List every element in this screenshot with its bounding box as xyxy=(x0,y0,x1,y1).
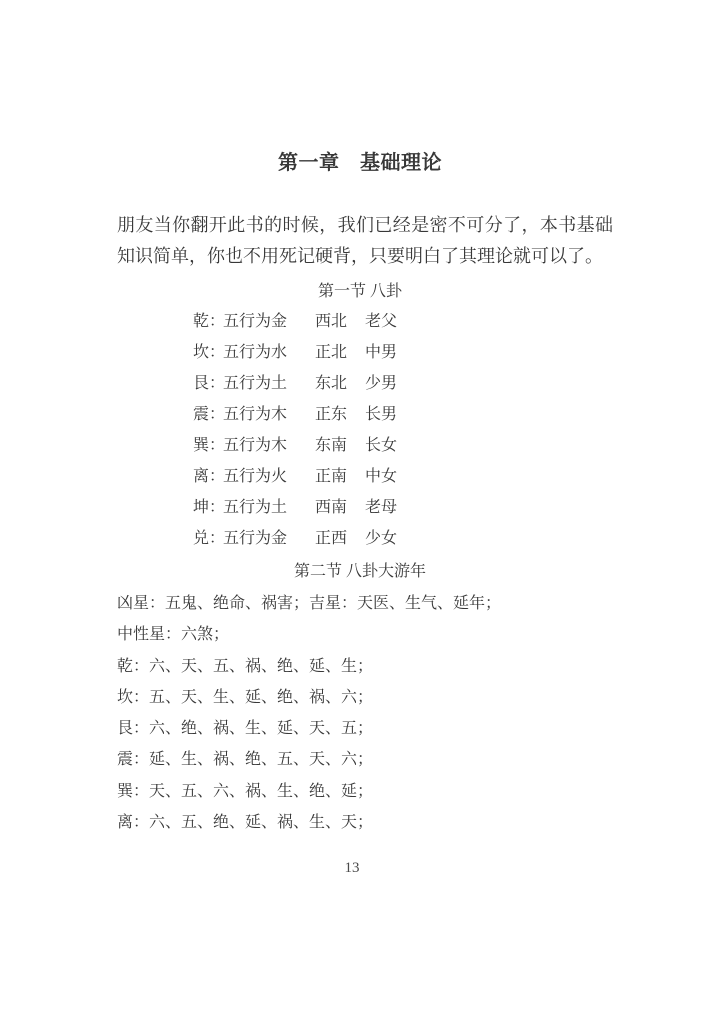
bagua-wuxing: 五行为金 xyxy=(223,306,315,337)
bagua-wuxing: 五行为木 xyxy=(223,430,315,461)
bagua-family: 少女 xyxy=(365,523,397,554)
section-bagua-heading: 第一节 八卦 xyxy=(0,276,720,307)
bagua-name: 震： xyxy=(193,399,223,430)
dayounian-lines: 凶星：五鬼、绝命、祸害；吉星：天医、生气、延年； 中性星：六煞； 乾：六、天、五… xyxy=(117,588,501,838)
bagua-row: 离： 五行为火 正南 中女 xyxy=(193,461,397,492)
bagua-wuxing: 五行为火 xyxy=(223,461,315,492)
bagua-name: 巽： xyxy=(193,430,223,461)
bagua-row: 坤： 五行为土 西南 老母 xyxy=(193,492,397,523)
dayounian-line: 坎：五、天、生、延、绝、祸、六； xyxy=(117,682,501,713)
dayounian-line: 震：延、生、祸、绝、五、天、六； xyxy=(117,744,501,775)
bagua-row: 艮： 五行为土 东北 少男 xyxy=(193,368,397,399)
dayounian-line: 离：六、五、绝、延、祸、生、天； xyxy=(117,807,501,838)
bagua-direction: 正北 xyxy=(315,337,365,368)
bagua-row: 坎： 五行为水 正北 中男 xyxy=(193,337,397,368)
bagua-family: 长男 xyxy=(365,399,397,430)
bagua-direction: 西南 xyxy=(315,492,365,523)
chapter-title: 第一章 基础理论 xyxy=(0,150,720,176)
bagua-name: 坤： xyxy=(193,492,223,523)
bagua-family: 少男 xyxy=(365,368,397,399)
bagua-direction: 西北 xyxy=(315,306,365,337)
bagua-wuxing: 五行为金 xyxy=(223,523,315,554)
document-page: 第一章 基础理论 朋友当你翻开此书的时候，我们已经是密不可分了，本书基础知识简单… xyxy=(0,0,720,1024)
bagua-family: 老母 xyxy=(365,492,397,523)
dayounian-line: 中性星：六煞； xyxy=(117,619,501,650)
bagua-row: 巽： 五行为木 东南 长女 xyxy=(193,430,397,461)
bagua-name: 乾： xyxy=(193,306,223,337)
bagua-row: 兑： 五行为金 正西 少女 xyxy=(193,523,397,554)
dayounian-line: 巽：天、五、六、祸、生、绝、延； xyxy=(117,776,501,807)
bagua-direction: 正东 xyxy=(315,399,365,430)
page-number: 13 xyxy=(0,858,704,878)
bagua-wuxing: 五行为土 xyxy=(223,368,315,399)
bagua-direction: 正南 xyxy=(315,461,365,492)
bagua-row: 震： 五行为木 正东 长男 xyxy=(193,399,397,430)
bagua-name: 离： xyxy=(193,461,223,492)
bagua-family: 中女 xyxy=(365,461,397,492)
dayounian-line: 凶星：五鬼、绝命、祸害；吉星：天医、生气、延年； xyxy=(117,588,501,619)
bagua-family: 老父 xyxy=(365,306,397,337)
intro-paragraph: 朋友当你翻开此书的时候，我们已经是密不可分了，本书基础知识简单，你也不用死记硬背… xyxy=(117,210,613,272)
bagua-wuxing: 五行为土 xyxy=(223,492,315,523)
dayounian-line: 乾：六、天、五、祸、绝、延、生； xyxy=(117,651,501,682)
bagua-wuxing: 五行为水 xyxy=(223,337,315,368)
bagua-family: 中男 xyxy=(365,337,397,368)
bagua-name: 艮： xyxy=(193,368,223,399)
bagua-direction: 东北 xyxy=(315,368,365,399)
bagua-name: 兑： xyxy=(193,523,223,554)
bagua-wuxing: 五行为木 xyxy=(223,399,315,430)
bagua-direction: 正西 xyxy=(315,523,365,554)
bagua-list: 乾： 五行为金 西北 老父 坎： 五行为水 正北 中男 艮： 五行为土 东北 少… xyxy=(193,306,397,554)
dayounian-line: 艮：六、绝、祸、生、延、天、五； xyxy=(117,713,501,744)
bagua-row: 乾： 五行为金 西北 老父 xyxy=(193,306,397,337)
bagua-name: 坎： xyxy=(193,337,223,368)
section-dayounian-heading: 第二节 八卦大游年 xyxy=(0,556,720,587)
bagua-family: 长女 xyxy=(365,430,397,461)
bagua-direction: 东南 xyxy=(315,430,365,461)
